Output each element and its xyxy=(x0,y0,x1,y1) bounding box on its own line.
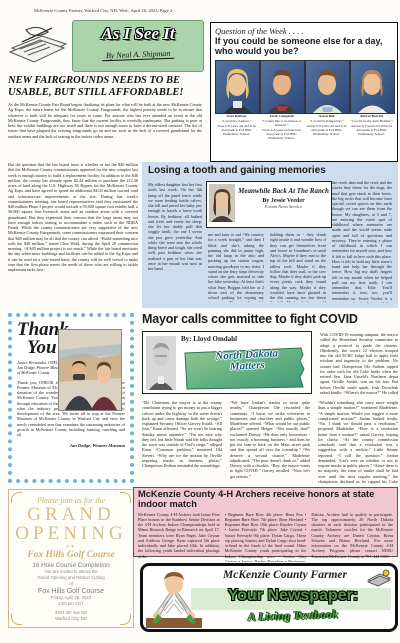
student-cell: Nora Rolfson “I would be Andrew.” Nora i… xyxy=(215,60,258,140)
student-name: Axton Bell xyxy=(305,114,348,118)
student-bio: Nora is 8 years old and is in 2nd grade … xyxy=(215,124,258,136)
omdahl-text-col1: “Mr. Chairman, the mayor is at the count… xyxy=(142,400,222,484)
ad-subtitle: 18 Hole Course Completion xyxy=(9,562,133,569)
student-photo xyxy=(260,60,305,114)
column-author-signature: By Neal A. Shipman xyxy=(102,49,175,62)
editorial-headline: NEW FAIRGROUNDS NEEDS TO BE USABLE, BUT … xyxy=(8,75,202,99)
lloyd-omdahl-portrait xyxy=(146,336,176,390)
student-photo xyxy=(350,60,395,114)
ad-time: 4:00 pm CDT xyxy=(9,601,133,607)
ad-address-line2: Watford City, ND xyxy=(9,616,133,622)
thank-you-ad: Thank You Janice Hernandez, ONEOK Jan Do… xyxy=(8,313,134,483)
thank-you-signoff: Jan Dodge, Pioneer Museum xyxy=(17,443,125,448)
newspaper-page: McKenzie County Farmer, Watford City, ND… xyxy=(0,0,400,643)
omdahl-text-col-right: With COVID-19 running rampant, the mayor… xyxy=(320,332,398,394)
as-i-see-it-masthead: As I See It By Neal A. Shipman xyxy=(72,20,204,72)
student-photo-row: Nora Rolfson “I would be Andrew.” Nora i… xyxy=(215,60,393,140)
student-photo xyxy=(305,60,350,114)
student-name: Nora Rolfson xyxy=(215,114,258,118)
jessie-veeder-portrait xyxy=(209,184,235,222)
student-bio: Jacob is 8 years old and is in 2nd grade… xyxy=(260,128,303,140)
question-of-the-week-box: Question of the Week . . . . If you coul… xyxy=(210,22,398,162)
ranch-text-col4: the creek dam and the crick and the stac… xyxy=(332,180,392,303)
ornament-corner xyxy=(11,614,22,625)
ad-venue: Fox Hills Golf Course xyxy=(9,588,133,595)
newspaper-pen-sketch-icon xyxy=(8,22,70,68)
archers-text-col2: • Beginner Bare Bow 4th place: Rena Fox … xyxy=(225,512,307,562)
ornament-corner xyxy=(120,614,131,625)
ranch-byline-box: Meanwhile Back At The Ranch By Jessie Ve… xyxy=(206,181,332,228)
student-quote: “I would be my Aunt Heather.” xyxy=(350,119,393,123)
omdahl-byline-box: By: Lloyd Omdahl North Dakota Matters xyxy=(142,331,312,394)
ad-of-divider: OF xyxy=(9,544,133,549)
logo-line2: Matters xyxy=(230,359,265,373)
donor-photo xyxy=(58,329,122,411)
omdahl-text-col3: “Wouldn't something else carry more weig… xyxy=(318,400,398,484)
grand-title-line1: GRAND xyxy=(9,505,133,524)
student-quote: “I would be Andrew.” xyxy=(215,119,258,123)
archers-headline: McKenzie County 4-H Archers receive hono… xyxy=(138,490,393,510)
ranch-text-col3: holding them in - they climb right insid… xyxy=(270,232,326,302)
as-i-see-it-logo: As I See It By Neal A. Shipman xyxy=(8,20,202,70)
grand-title-line2: OPENING xyxy=(9,524,133,543)
newspaper-ad-masthead: McKenzie County Farmer xyxy=(199,569,371,581)
editorial-intro-text: As the McKenzie County Fair Board begins… xyxy=(8,102,202,160)
newspaper-ad-line1: Your Newspaper: xyxy=(195,587,391,605)
student-bio: Axton is 8 years old and is in 2nd grade… xyxy=(305,124,348,136)
student-photo xyxy=(215,60,260,114)
editorial-body-text: But the question that the fair board fac… xyxy=(8,162,138,310)
student-cell: Aubree Barrick “I would be my Aunt Heath… xyxy=(350,60,393,140)
ranch-column-title: Meanwhile Back At The Ranch xyxy=(238,188,329,196)
ornament-corner xyxy=(120,492,131,503)
archers-text-col3: Dakota. Archers had to qualify to partic… xyxy=(311,512,393,562)
archers-text-col1: McKenzie County 4-H Archers took home Fi… xyxy=(138,512,220,562)
omdahl-column: Mayor calls committee to fight COVID By:… xyxy=(142,312,398,485)
page-header-line: McKenzie County Farmer, Watford City, ND… xyxy=(34,8,172,13)
ranch-headline: Losing a tooth and gaining memories xyxy=(142,162,398,177)
student-name: Jacob Campbell xyxy=(260,114,303,118)
student-cell: Jacob Campbell “I would like to be Jaxso… xyxy=(260,60,303,140)
student-name: Aubree Barrick xyxy=(350,114,393,118)
archers-article-panel: McKenzie County 4-H Archers receive hono… xyxy=(133,487,398,557)
question-text: If you could be someone else for a day, … xyxy=(215,37,393,57)
omdahl-headline: Mayor calls committee to fight COVID xyxy=(142,312,398,326)
grand-opening-ad: Please join us for the GRAND OPENING OF … xyxy=(8,489,134,628)
ad-invite-line3: of xyxy=(9,581,133,587)
golf-course-script: Fox Hills Golf Course xyxy=(9,550,133,560)
student-quote: “I would like to be Jaxson or Jameson.” xyxy=(260,119,303,127)
question-kicker: Question of the Week . . . . xyxy=(215,26,393,36)
column-logo-title: As I See It xyxy=(73,24,203,44)
ranch-text-col1: My oldest daughter lost her first tooth … xyxy=(148,182,202,302)
student-bio: Aubree is 9 years old and is in 2nd grad… xyxy=(350,124,393,136)
ornament-corner xyxy=(11,492,22,503)
ranch-text-col2: me and later to sad “We country for a we… xyxy=(208,232,264,302)
ranch-column-panel: Losing a tooth and gaining memories My o… xyxy=(142,162,398,308)
student-cell: Axton Bell “I would be Kingsolver.” Axto… xyxy=(305,60,348,140)
student-quote: “I would be Kingsolver.” xyxy=(305,119,348,123)
newspaper-stack-icon xyxy=(366,568,392,588)
newspaper-promo-ad: McKenzie County Farmer Your Newspaper: A… xyxy=(140,563,398,632)
omdahl-byline: By: Lloyd Omdahl xyxy=(181,335,237,343)
ranch-credit: Forum News Service xyxy=(238,204,329,209)
omdahl-text-col2: “We have Jordan's station in town quite … xyxy=(230,400,310,484)
